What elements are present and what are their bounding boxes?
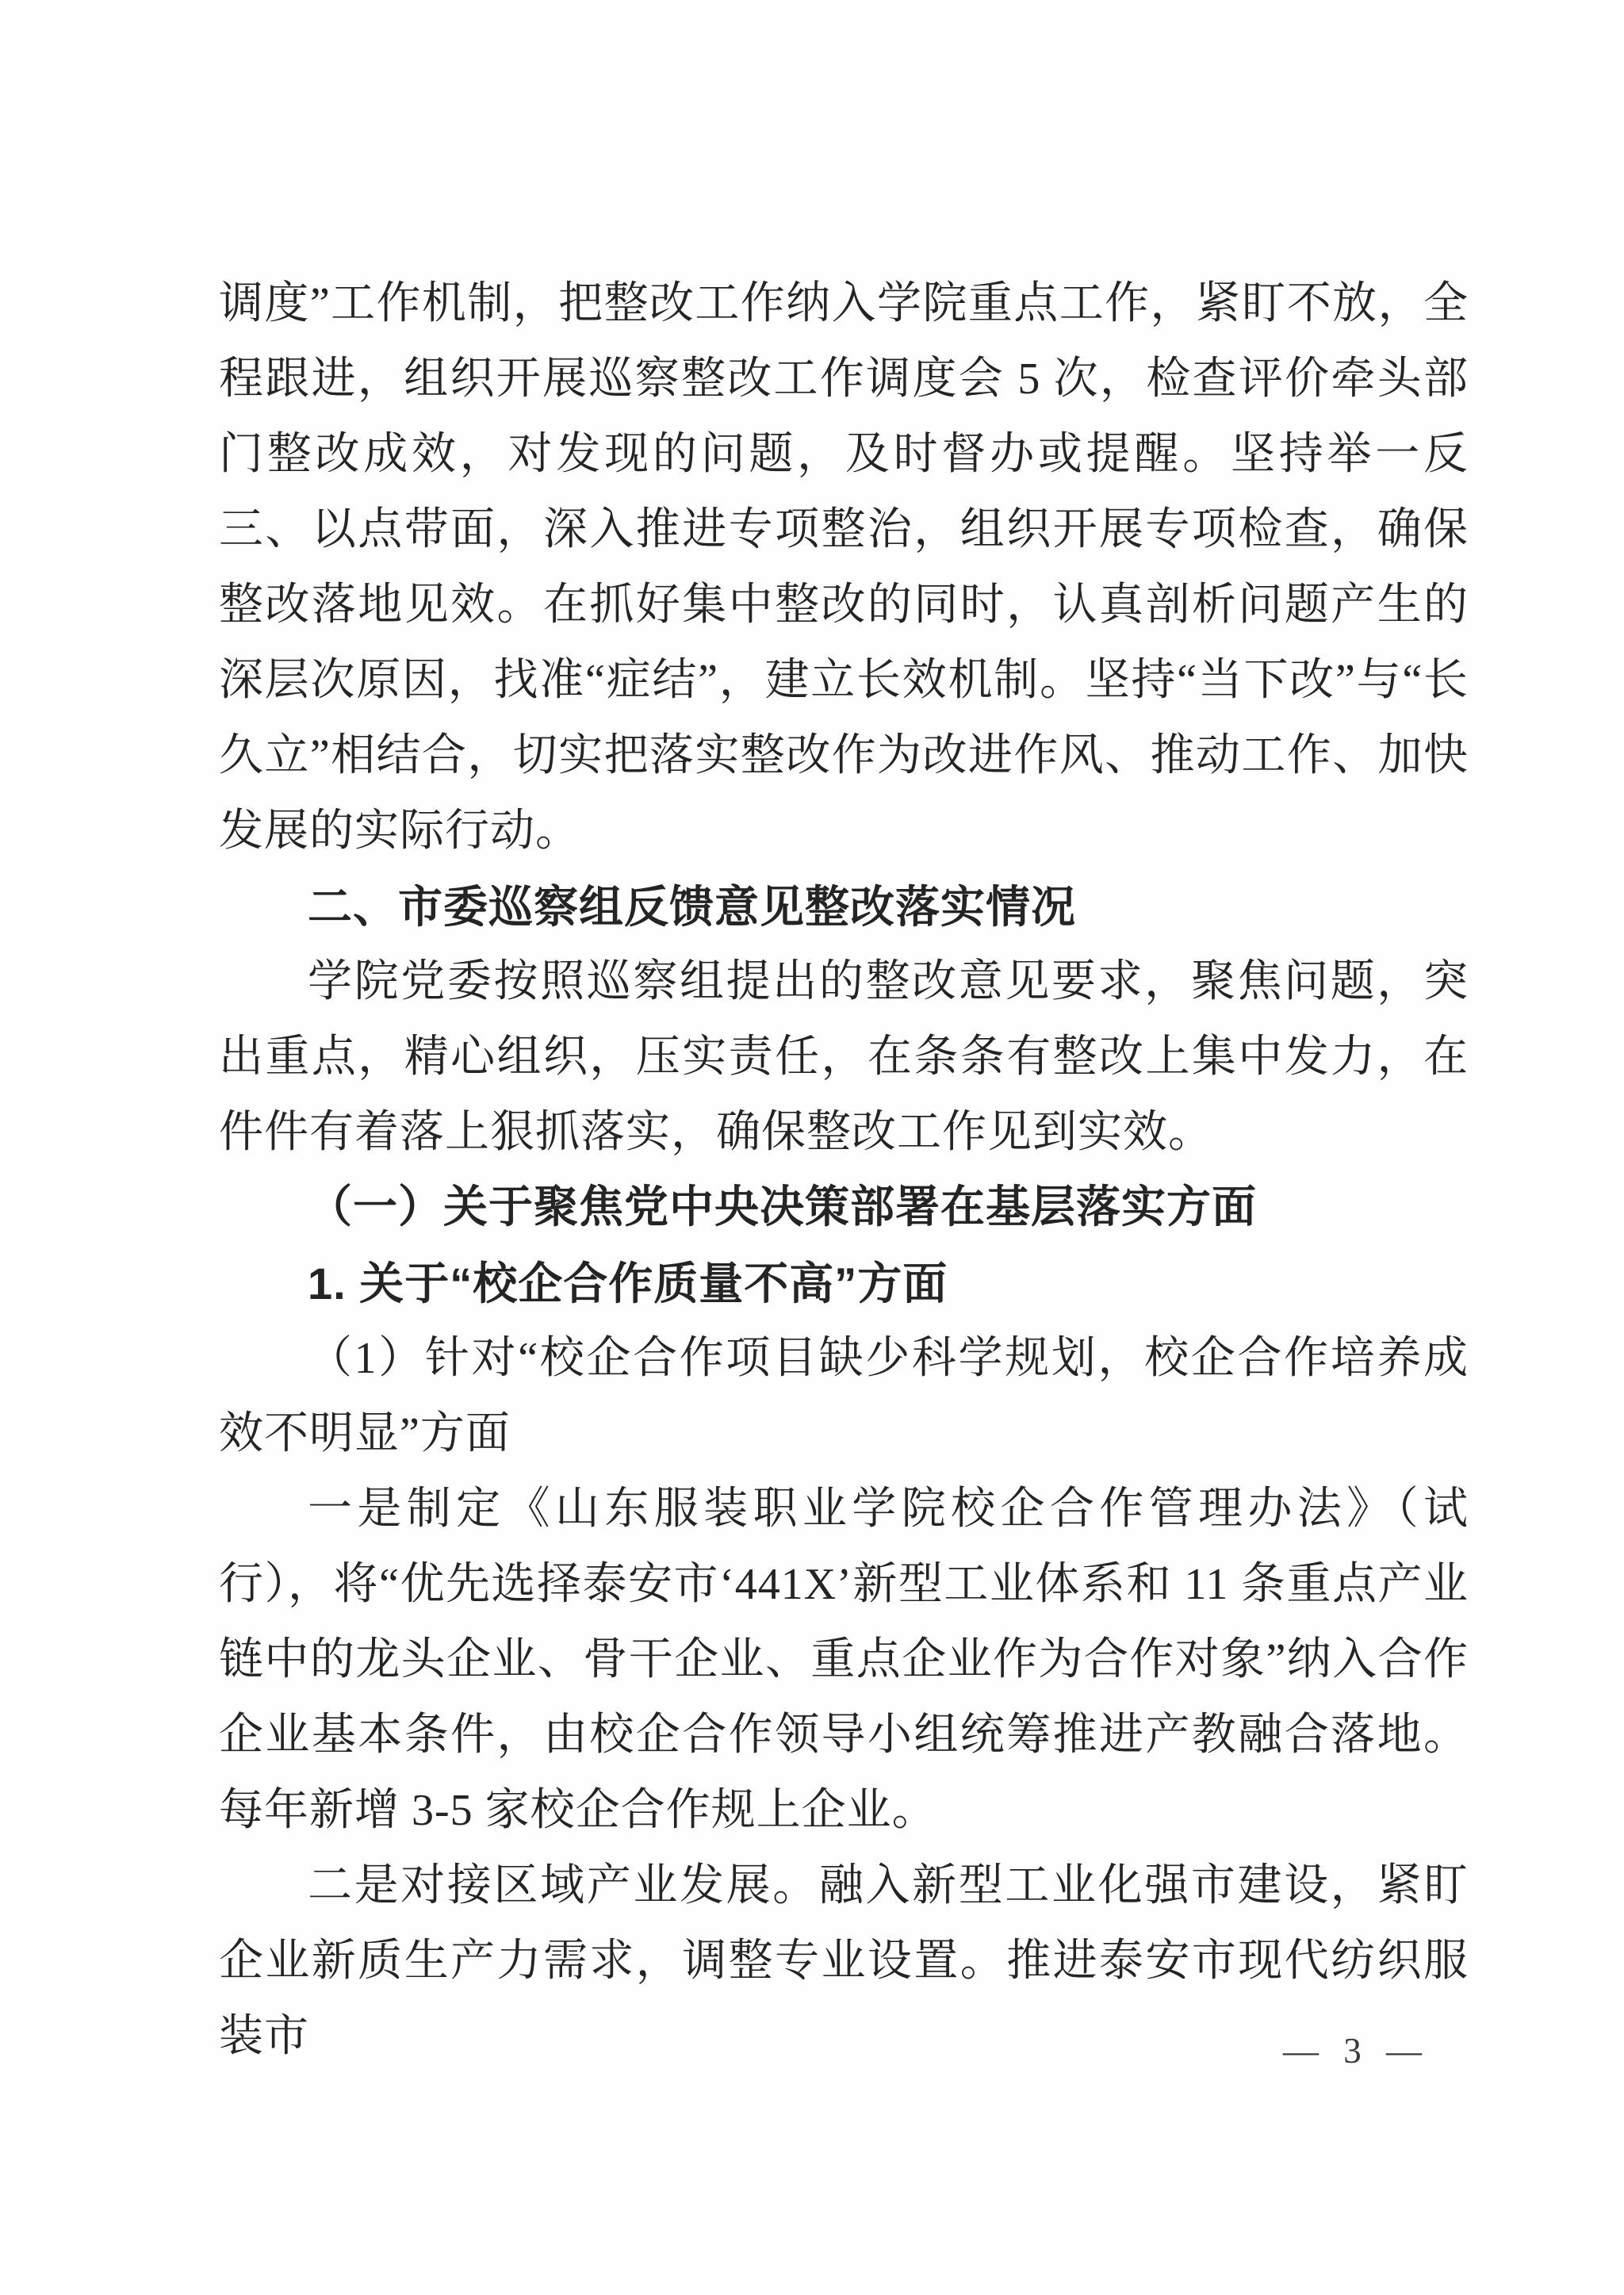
document-page: 调度”工作机制，把整改工作纳入学院重点工作，紧盯不放，全程跟进，组织开展巡察整改…: [0, 0, 1624, 2295]
subsection-heading: （一）关于聚焦党中央决策部署在基层落实方面: [219, 1170, 1469, 1246]
body-paragraph: 二是对接区域产业发展。融入新型工业化强市建设，紧盯企业新质生产力需求，调整专业设…: [219, 1849, 1469, 2075]
body-paragraph: （1）针对“校企合作项目缺少科学规划，校企合作培养成效不明显”方面: [219, 1321, 1469, 1472]
body-paragraph: 一是制定《山东服装职业学院校企合作管理办法》（试行），将“优先选择泰安市‘441…: [219, 1472, 1469, 1849]
paragraph-continuation: 调度”工作机制，把整改工作纳入学院重点工作，紧盯不放，全程跟进，组织开展巡察整改…: [219, 266, 1469, 869]
page-number: — 3 —: [1283, 2027, 1430, 2075]
numbered-heading: 1. 关于“校企合作质量不高”方面: [219, 1246, 1469, 1321]
document-body: 调度”工作机制，把整改工作纳入学院重点工作，紧盯不放，全程跟进，组织开展巡察整改…: [219, 266, 1469, 2075]
section-heading: 二、市委巡察组反馈意见整改落实情况: [219, 869, 1469, 944]
body-paragraph: 学院党委按照巡察组提出的整改意见要求，聚焦问题，突出重点，精心组织，压实责任，在…: [219, 944, 1469, 1170]
